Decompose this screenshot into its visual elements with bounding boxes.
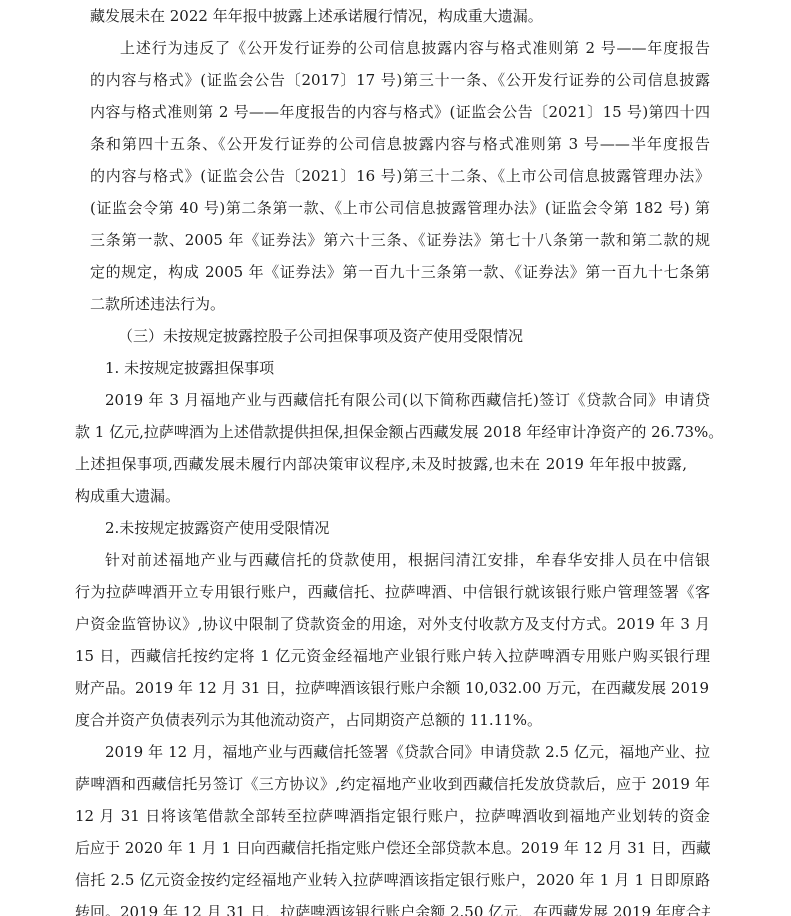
text-line: 条和第四十五条、《公开发行证券的公司信息披露内容与格式准则第 3 号——半年度报…: [90, 132, 710, 156]
subsection-heading: 2.未按规定披露资产使用受限情况: [105, 516, 329, 540]
paragraph-start: 2019 年 12 月，福地产业与西藏信托签署《贷款合同》申请贷款 2.5 亿元…: [105, 740, 710, 764]
text-line: (证监会令第 40 号)第二条第一款、《上市公司信息披露管理办法》(证监会令第 …: [90, 196, 710, 220]
paragraph-start: 上述行为违反了《公开发行证券的公司信息披露内容与格式准则第 2 号——年度报告: [120, 36, 710, 60]
text-line: 萨啤酒和西藏信托另签订《三方协议》,约定福地产业收到西藏信托发放贷款后，应于 2…: [75, 772, 710, 796]
document-page: 藏发展未在 2022 年年报中披露上述承诺履行情况，构成重大遗漏。 上述行为违反…: [0, 0, 791, 916]
text-line: 财产品。2019 年 12 月 31 日，拉萨啤酒该银行账户余额 10,032.…: [75, 676, 710, 700]
section-heading: （三）未按规定披露控股子公司担保事项及资产使用受限情况: [118, 324, 523, 348]
text-line: 藏发展未在 2022 年年报中披露上述承诺履行情况，构成重大遗漏。: [90, 4, 710, 28]
paragraph-start: 针对前述福地产业与西藏信托的贷款使用，根据闫清江安排，牟春华安排人员在中信银: [105, 548, 710, 572]
text-line: 款 1 亿元,拉萨啤酒为上述借款提供担保,担保金额占西藏发展 2018 年经审计…: [75, 420, 723, 444]
text-line: 后应于 2020 年 1 月 1 日向西藏信托指定账户偿还全部贷款本息。2019…: [75, 836, 710, 860]
text-line: 的内容与格式》(证监会公告〔2021〕16 号)第三十二条、《上市公司信息披露管…: [90, 164, 710, 188]
text-line: 12 月 31 日将该笔借款全部转至拉萨啤酒指定银行账户，拉萨啤酒收到福地产业划…: [75, 804, 710, 828]
text-line: 构成重大遗漏。: [75, 484, 720, 508]
paragraph-start: 2019 年 3 月福地产业与西藏信托有限公司(以下简称西藏信托)签订《贷款合同…: [105, 388, 710, 412]
text-line: 定的规定，构成 2005 年《证券法》第一百九十三条第一款、《证券法》第一百九十…: [90, 260, 710, 284]
text-line: 行为拉萨啤酒开立专用银行账户，西藏信托、拉萨啤酒、中信银行就该银行账户管理签署《…: [75, 580, 710, 604]
text-line: 转回。2019 年 12 月 31 日，拉萨啤酒该银行账户余额 2.50 亿元，…: [75, 900, 710, 916]
text-line: 信托 2.5 亿元资金按约定经福地产业转入拉萨啤酒该指定银行账户，2020 年 …: [75, 868, 710, 892]
text-line: 上述担保事项,西藏发展未履行内部决策审议程序,未及时披露,也未在 2019 年年…: [75, 452, 687, 476]
subsection-heading: 1. 未按规定披露担保事项: [105, 356, 274, 380]
text-line: 户资金监管协议》,协议中限制了贷款资金的用途，对外支付收款方及支付方式。2019…: [75, 612, 710, 636]
text-line: 三条第一款、2005 年《证券法》第六十三条、《证券法》第七十八条第一款和第二款…: [90, 228, 710, 252]
text-line: 的内容与格式》(证监会公告〔2017〕17 号)第三十一条、《公开发行证券的公司…: [90, 68, 710, 92]
text-line: 15 日，西藏信托按约定将 1 亿元资金经福地产业银行账户转入拉萨啤酒专用账户购…: [75, 644, 710, 668]
text-line: 二款所述违法行为。: [90, 292, 710, 316]
text-line: 度合并资产负债表列示为其他流动资产，占同期资产总额的 11.11%。: [75, 708, 720, 732]
text-line: 内容与格式准则第 2 号——年度报告的内容与格式》(证监会公告〔2021〕15 …: [90, 100, 710, 124]
